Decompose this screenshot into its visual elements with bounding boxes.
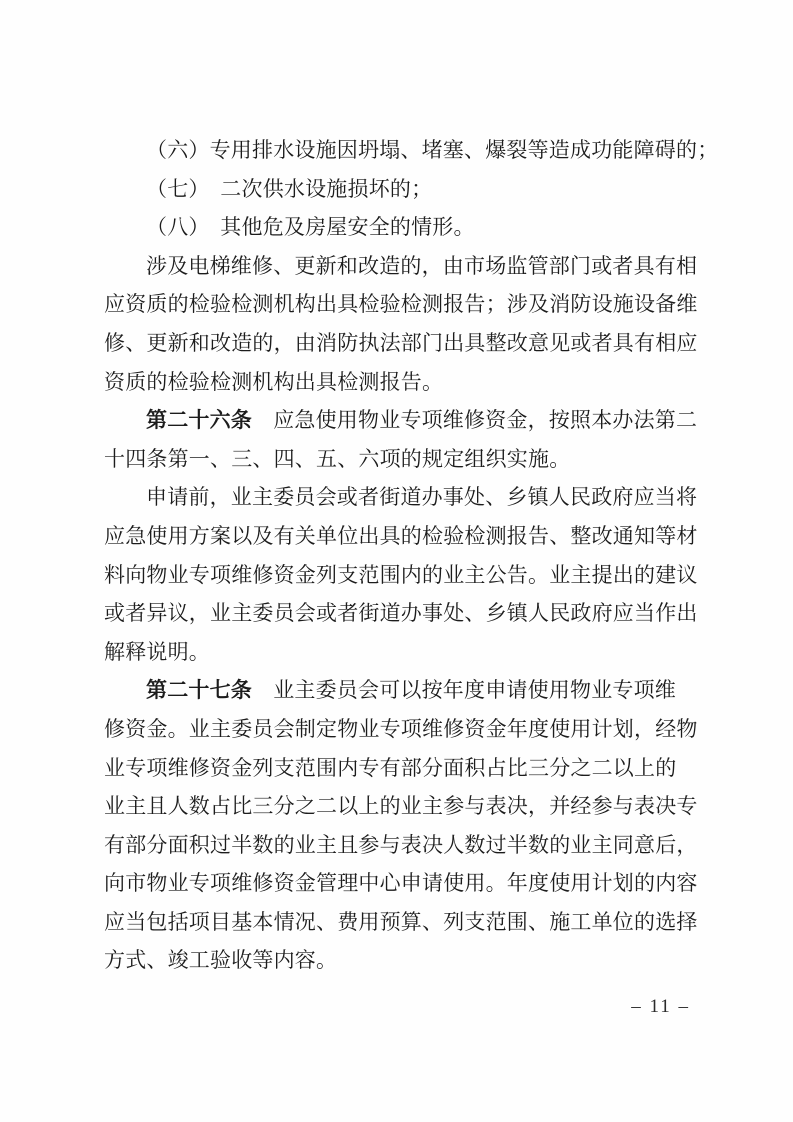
text-line: （七） 二次供水设施损坏的； <box>104 170 694 209</box>
document-body: （六）专用排水设施因坍塌、堵塞、爆裂等造成功能障碍的； （七） 二次供水设施损坏… <box>104 131 694 980</box>
text-line: 申请前，业主委员会或者街道办事处、乡镇人民政府应当将 <box>104 478 694 517</box>
text-line: 应资质的检验检测机构出具检验检测报告；涉及消防设施设备维 <box>104 285 694 324</box>
text-line-rest: 业主委员会可以按年度申请使用物业专项维 <box>252 678 676 702</box>
text-line: 资质的检验检测机构出具检测报告。 <box>104 363 694 402</box>
text-line: 应当包括项目基本情况、费用预算、列支范围、施工单位的选择 <box>104 903 694 942</box>
article-27-heading: 第二十七条 <box>146 678 252 702</box>
text-line: 应急使用方案以及有关单位出具的检验检测报告、整改通知等材 <box>104 517 694 556</box>
text-line: 修、更新和改造的，由消防执法部门出具整改意见或者具有相应 <box>104 324 694 363</box>
text-line: 解释说明。 <box>104 633 694 672</box>
text-line-rest: 应急使用物业专项维修资金，按照本办法第二 <box>252 408 697 432</box>
text-line: 涉及电梯维修、更新和改造的，由市场监管部门或者具有相 <box>104 247 694 286</box>
text-line: 有部分面积过半数的业主且参与表决人数过半数的业主同意后， <box>104 826 694 865</box>
text-line: （六）专用排水设施因坍塌、堵塞、爆裂等造成功能障碍的； <box>104 131 694 170</box>
text-line: 十四条第一、三、四、五、六项的规定组织实施。 <box>104 440 694 479</box>
text-line: 料向物业专项维修资金列支范围内的业主公告。业主提出的建议 <box>104 556 694 595</box>
text-line: （八） 其他危及房屋安全的情形。 <box>104 208 694 247</box>
article-26-heading: 第二十六条 <box>146 408 252 432</box>
page-number: – 11 – <box>631 996 690 1018</box>
text-line: 方式、竣工验收等内容。 <box>104 941 694 980</box>
text-line: 修资金。业主委员会制定物业专项维修资金年度使用计划，经物 <box>104 710 694 749</box>
text-line: 业主且人数占比三分之二以上的业主参与表决，并经参与表决专 <box>104 787 694 826</box>
text-line: 第二十六条 应急使用物业专项维修资金，按照本办法第二 <box>104 401 694 440</box>
text-line: 或者异议，业主委员会或者街道办事处、乡镇人民政府应当作出 <box>104 594 694 633</box>
text-line: 业专项维修资金列支范围内专有部分面积占比三分之二以上的 <box>104 749 694 788</box>
text-line: 向市物业专项维修资金管理中心申请使用。年度使用计划的内容 <box>104 864 694 903</box>
text-line: 第二十七条 业主委员会可以按年度申请使用物业专项维 <box>104 671 694 710</box>
document-page: （六）专用排水设施因坍塌、堵塞、爆裂等造成功能障碍的； （七） 二次供水设施损坏… <box>0 0 793 1122</box>
